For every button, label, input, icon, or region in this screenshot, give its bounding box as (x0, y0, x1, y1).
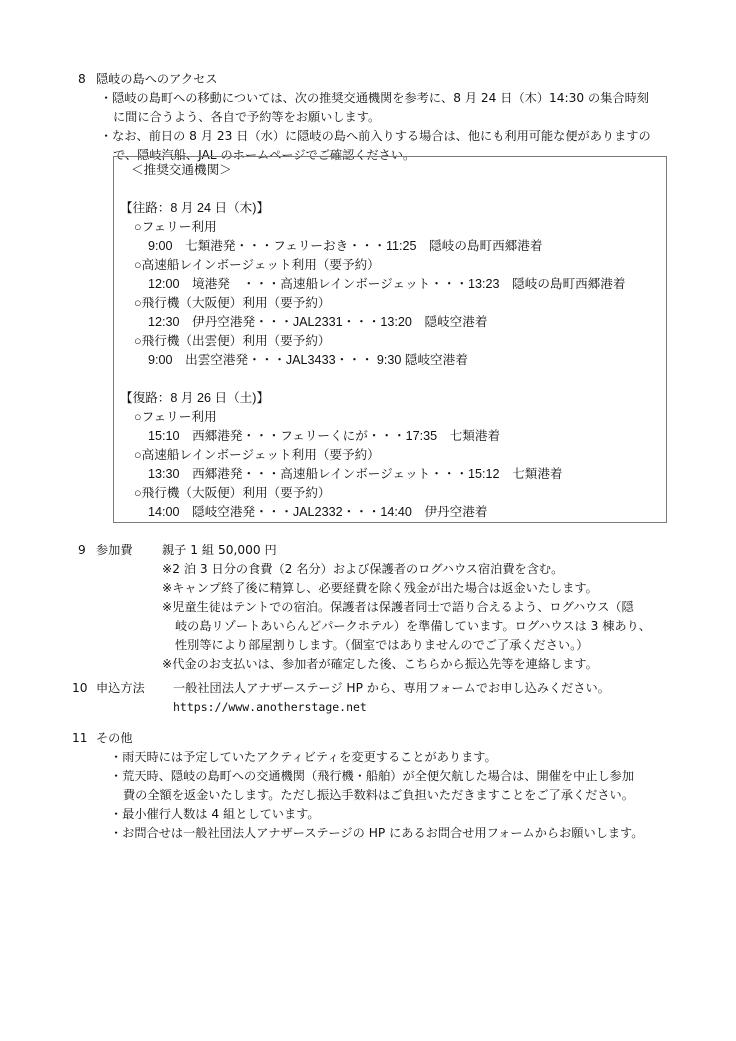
outbound-osaka-detail: 12:30 伊丹空港発・・・JAL2331・・・13:20 隠岐空港着 (148, 313, 487, 332)
section-9-number: 9 (78, 541, 86, 560)
section-11-line-3: ・最小催行人数は 4 組としています。 (110, 805, 320, 824)
section-9-note-3-cont-2: 性別等により部屋割りします。（個室ではありませんのでご了承ください。） (175, 636, 588, 655)
section-10-number: 10 (72, 679, 88, 698)
section-8-bullet-2: ・なお、前日の 8 月 23 日（水）に隠岐の島へ前入りする場合は、他にも利用可… (100, 127, 651, 146)
section-11-line-2-cont: 費の全額を返金いたします。ただし振込手数料はご負担いただきますことをご了承くださ… (123, 786, 634, 805)
section-11-number: 11 (72, 729, 88, 748)
section-9-note-3-cont-1: 岐の島リゾートあいらんどパークホテル）を準備しています。ログハウスは 3 棟あり… (175, 617, 651, 636)
return-ferry-name: ○フェリー利用 (134, 408, 217, 427)
section-10-text: 一般社団法人アナザーステージ HP から、専用フォームでお申し込みください。 (173, 679, 610, 698)
section-11-line-2: ・荒天時、隠岐の島町への交通機関（飛行機・船舶）が全便欠航した場合は、開催を中止… (110, 767, 634, 786)
outbound-ferry-detail: 9:00 七類港発・・・フェリーおき・・・11:25 隠岐の島町西郷港着 (148, 237, 543, 256)
return-osaka-detail: 14:00 隠岐空港発・・・JAL2332・・・14:40 伊丹空港着 (148, 503, 487, 522)
return-title: 【復路：8 月 26 日（土)】 (120, 389, 269, 408)
outbound-title: 【往路：8 月 24 日（木)】 (120, 199, 269, 218)
outbound-jet-detail: 12:00 境港発 ・・・高速船レインボージェット・・・13:23 隠岐の島町西… (148, 275, 626, 294)
section-11-line-4: ・お問合せは一般社団法人アナザーステージの HP にあるお問合せ用フォームからお… (110, 824, 643, 843)
section-9-note-3: ※児童生徒はテントでの宿泊。保護者は保護者同士で語り合えるよう、ログハウス（隠 (162, 598, 634, 617)
section-8-bullet-1: ・隠岐の島町への移動については、次の推奨交通機関を参考に、8 月 24 日（木）… (100, 89, 649, 108)
outbound-ferry-name: ○フェリー利用 (134, 218, 217, 237)
outbound-izumo-detail: 9:00 出雲空港発・・・JAL3433・・・ 9:30 隠岐空港着 (148, 351, 468, 370)
section-9-label: 参加費 (96, 541, 133, 560)
section-8-bullet-1-cont: に間に合うよう、各自で予約等をお願いします。 (113, 108, 380, 127)
outbound-jet-name: ○高速船レインボージェット利用（要予約） (134, 256, 380, 275)
section-10-label: 申込方法 (96, 679, 145, 698)
section-9-fee: 親子 1 組 50,000 円 (162, 541, 277, 560)
section-9-note-2: ※キャンプ終了後に精算し、必要経費を除く残金が出た場合は返金いたします。 (162, 579, 598, 598)
section-8-title: 隠岐の島へのアクセス (96, 70, 218, 89)
section-8-number: 8 (78, 70, 86, 89)
outbound-izumo-name: ○飛行機（出雲便）利用（要予約） (134, 332, 331, 351)
section-11-title: その他 (96, 729, 133, 748)
section-9-note-1: ※2 泊 3 日分の食費（2 名分）および保護者のログハウス宿泊費を含む。 (162, 560, 563, 579)
return-jet-detail: 13:30 西郷港発・・・高速船レインボージェット・・・15:12 七類港着 (148, 465, 563, 484)
return-jet-name: ○高速船レインボージェット利用（要予約） (134, 446, 380, 465)
transport-box-heading: ＜推奨交通機関＞ (131, 161, 232, 180)
outbound-osaka-name: ○飛行機（大阪便）利用（要予約） (134, 294, 331, 313)
section-9-note-4: ※代金のお支払いは、参加者が確定した後、こちらから振込先等を連絡します。 (162, 655, 598, 674)
return-ferry-detail: 15:10 西郷港発・・・フェリーくにが・・・17:35 七類港着 (148, 427, 500, 446)
section-11-line-1: ・雨天時には予定していたアクティビティを変更することがあります。 (110, 748, 497, 767)
section-10-url[interactable]: https://www.anotherstage.net (173, 698, 367, 717)
return-osaka-name: ○飛行機（大阪便）利用（要予約） (134, 484, 331, 503)
